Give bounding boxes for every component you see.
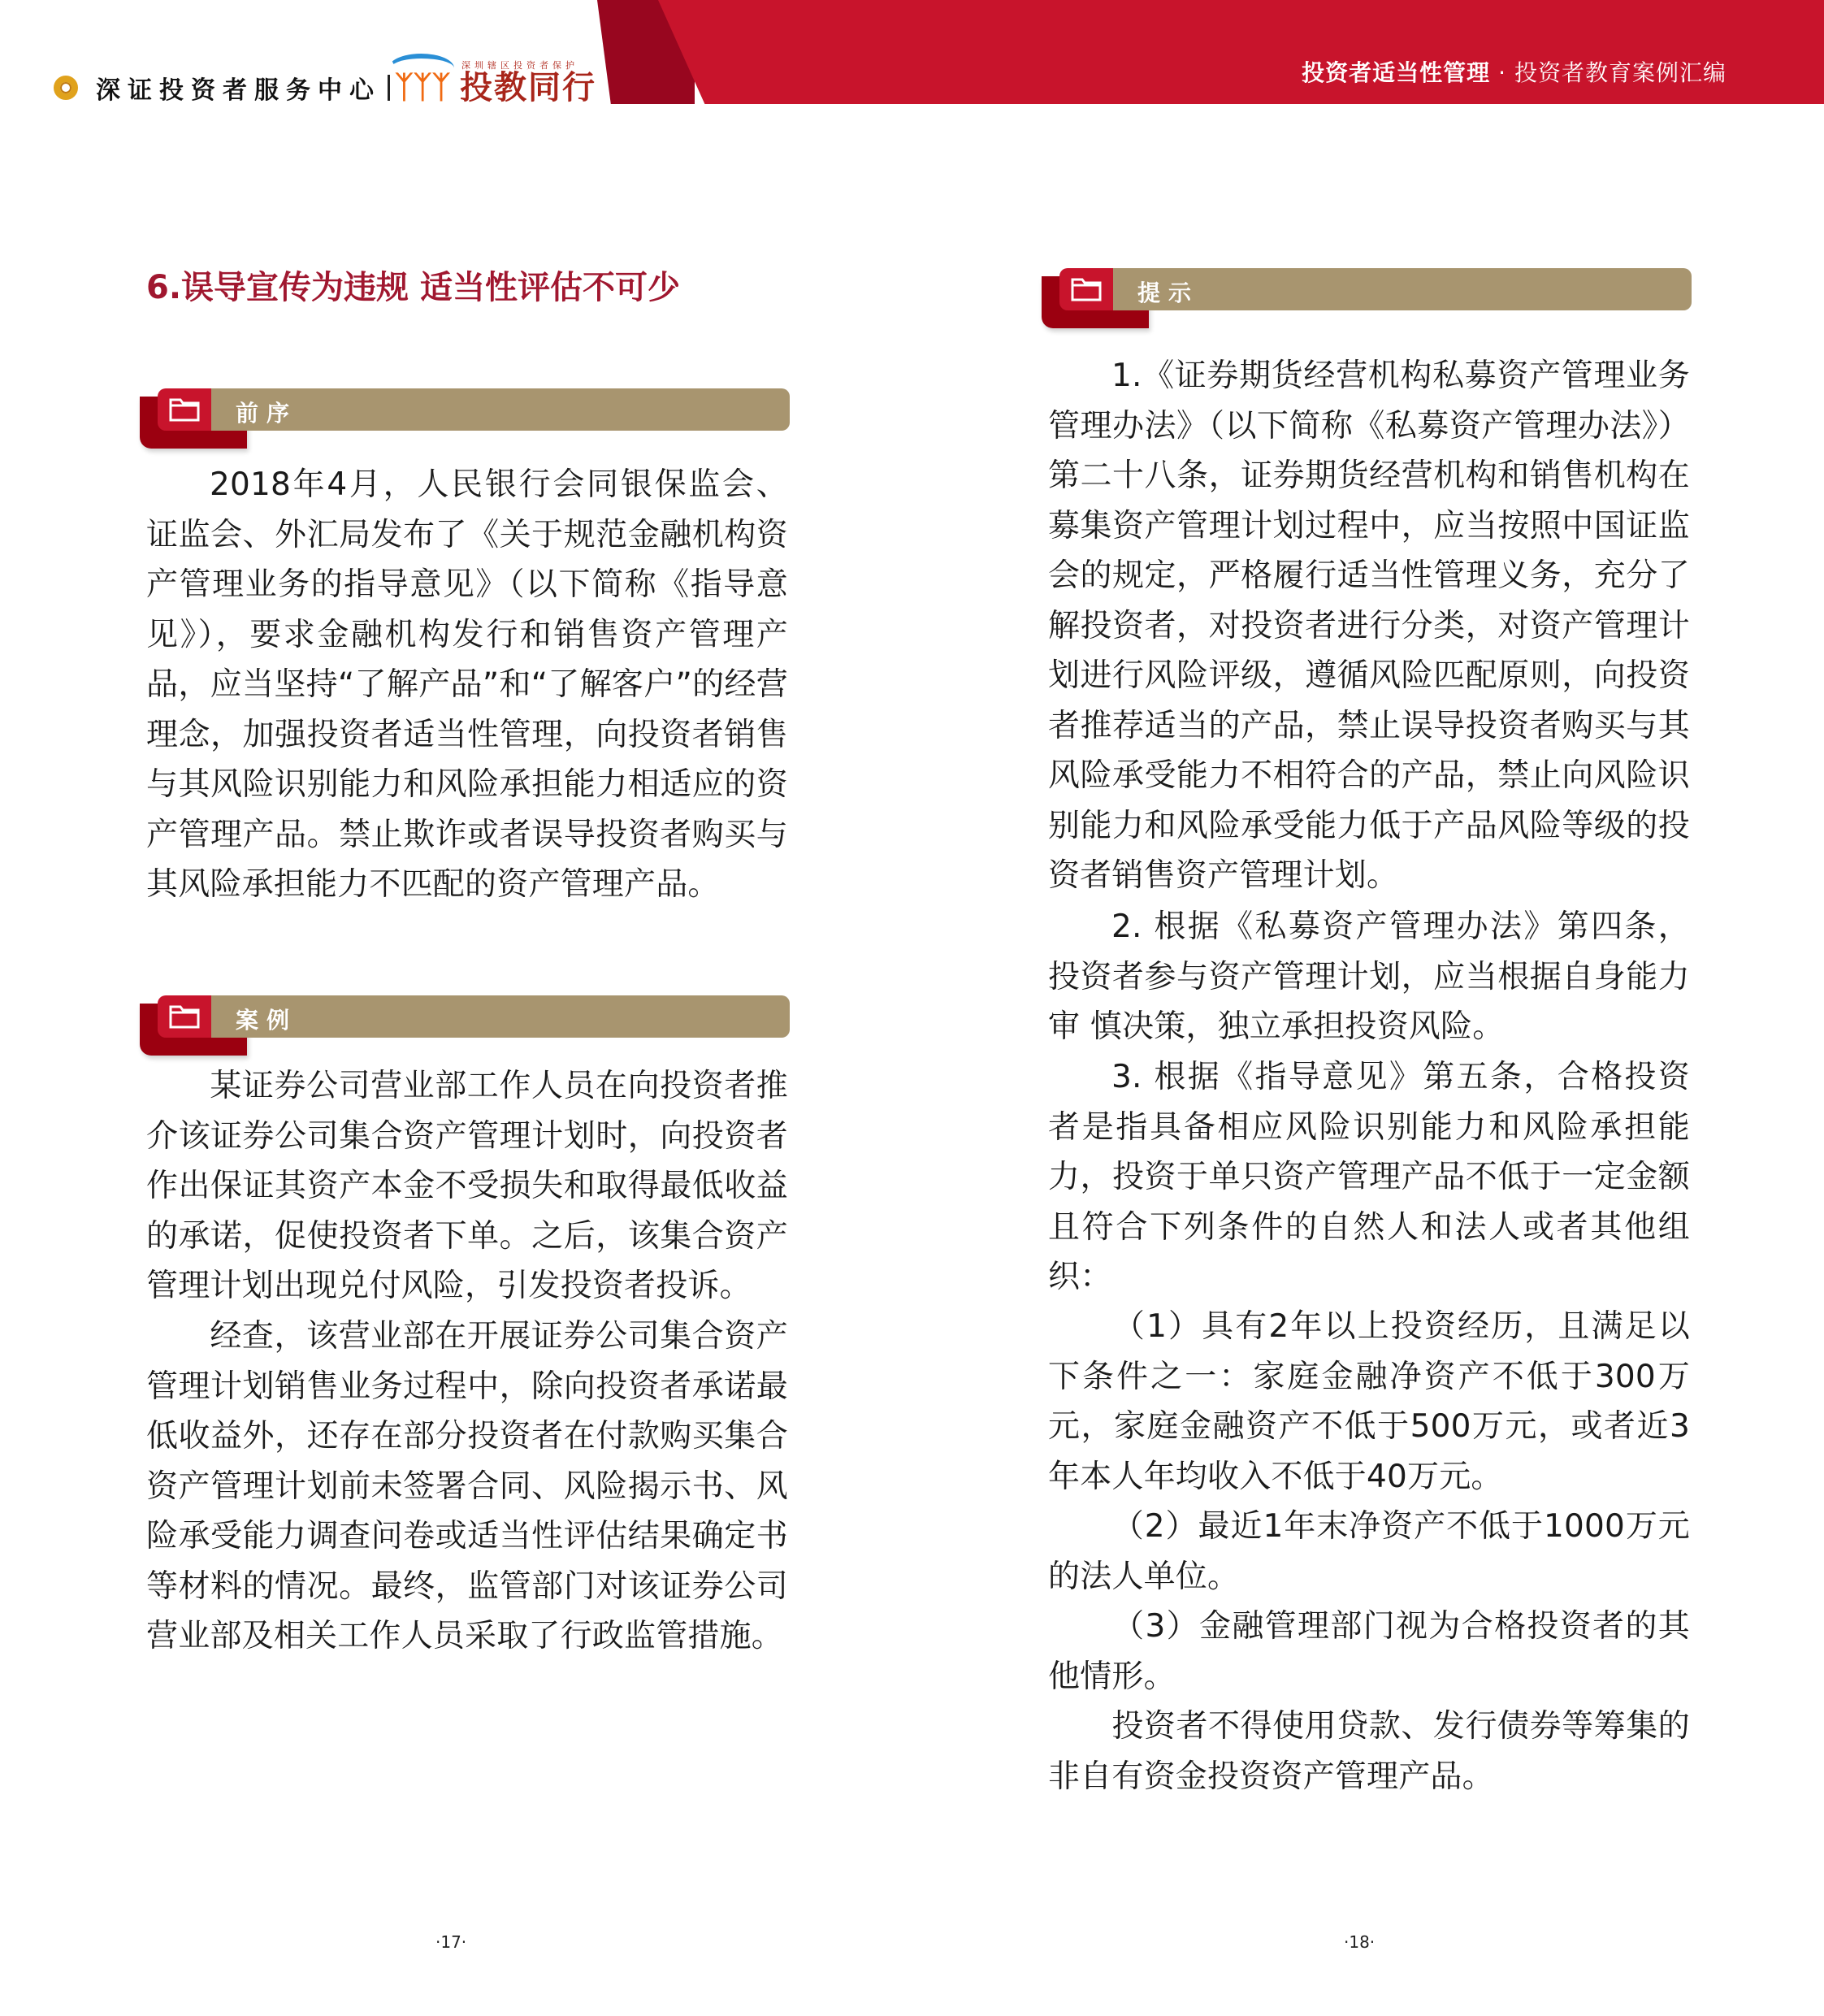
- folder-icon: [1070, 276, 1103, 302]
- tip-condition-2: （2）最近1年末净资产不低于1000万元的法人单位。: [1048, 1502, 1690, 1602]
- investor-education-logo: ᛉᛉᛉ 深圳辖区投资者保护 投教同行: [388, 54, 600, 109]
- case-paragraph-2: 经查，该营业部在开展证券公司集合资产管理计划销售业务过程中，除向投资者承诺最低收…: [146, 1311, 788, 1662]
- tip-paragraph-2: 2. 根据《私募资产管理办法》第四条，投资者参与资产管理计划，应当根据自身能力审…: [1048, 902, 1690, 1052]
- header-band-title: 投资者适当性管理·投资者教育案例汇编: [1302, 55, 1727, 88]
- org-name: 深证投资者服务中心: [96, 70, 381, 106]
- folder-icon: [168, 397, 201, 423]
- section-label: 前序: [236, 396, 297, 428]
- case-paragraph-1: 某证券公司营业部工作人员在向投资者推介该证券公司集合资产管理计划时，向投资者作出…: [146, 1061, 788, 1311]
- preface-paragraph: 2018年4月，人民银行会同银保监会、证监会、外汇局发布了《关于规范金融机构资产…: [146, 460, 788, 910]
- tip-paragraph-1: 1.《证券期货经营机构私募资产管理业务管理办法》（以下简称《私募资产管理办法》）…: [1048, 351, 1690, 901]
- band-title-separator: ·: [1498, 59, 1506, 86]
- header-band: [658, 0, 1824, 104]
- ring-logo-icon: [54, 76, 78, 100]
- tip-paragraph-3: 3. 根据《指导意见》第五条，合格投资者是指具备相应风险识别能力和风险承担能力，…: [1048, 1052, 1690, 1303]
- section-label: 案例: [236, 1003, 297, 1035]
- page-number-right: ·18·: [1344, 1932, 1375, 1952]
- folder-icon: [168, 1004, 201, 1030]
- tip-closing-paragraph: 投资者不得使用贷款、发行债券等筹集的非自有资金投资资产管理产品。: [1048, 1702, 1690, 1801]
- banner-icon-box: [158, 995, 211, 1038]
- page-title: 6.误导宣传为违规 适当性评估不可少: [146, 262, 680, 308]
- banner-icon-box: [158, 388, 211, 431]
- tip-condition-1: （1）具有2年以上投资经历，且满足以下条件之一：家庭金融净资产不低于300万元，…: [1048, 1302, 1690, 1502]
- tip-condition-3: （3）金融管理部门视为合格投资者的其他情形。: [1048, 1602, 1690, 1702]
- partner-logo-title: 投教同行: [460, 70, 596, 106]
- people-figures-icon: ᛉᛉᛉ: [395, 72, 450, 102]
- band-title-bold: 投资者适当性管理: [1302, 59, 1490, 86]
- section-banner-preface: 前序: [140, 388, 790, 463]
- section-banner-tips: 提示: [1042, 268, 1692, 343]
- page-header: 深证投资者服务中心 ᛉᛉᛉ 深圳辖区投资者保护 投教同行 投资者适当性管理·投资…: [0, 0, 1824, 106]
- page-number-left: ·17·: [435, 1932, 466, 1952]
- banner-icon-box: [1059, 268, 1113, 310]
- band-title-regular: 投资者教育案例汇编: [1514, 59, 1727, 86]
- section-label: 提示: [1137, 275, 1199, 308]
- shenzhen-investor-service-center-logo: 深证投资者服务中心: [54, 70, 390, 106]
- section-banner-case: 案例: [140, 995, 790, 1070]
